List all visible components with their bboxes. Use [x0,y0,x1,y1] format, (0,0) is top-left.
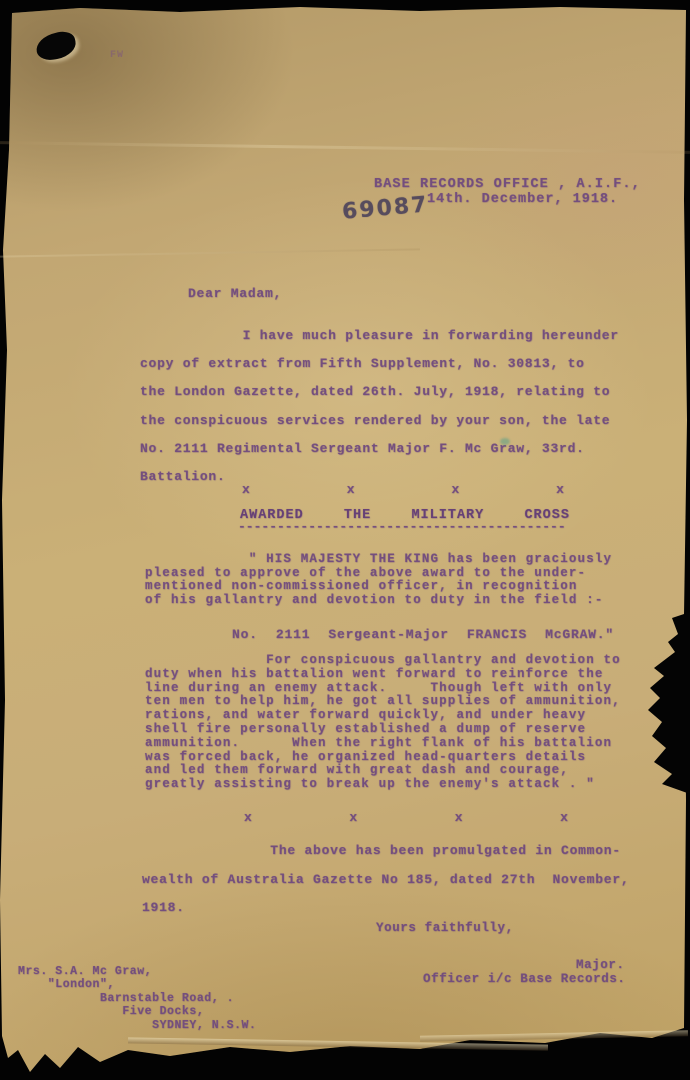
text-line: the conspicuous services rendered by you… [140,407,619,435]
text-line: copy of extract from Fifth Supplement, N… [140,350,619,378]
text-line: x [242,482,250,497]
text-line: the London Gazette, dated 26th. July, 19… [140,378,619,406]
text-line: Five Docks, [18,1005,256,1018]
text-line: SYDNEY, N.S.W. [18,1019,256,1032]
text-line: of his gallantry and devotion to duty in… [145,594,612,608]
signature-rank: Major. [576,958,625,972]
section-separator-bottom: xxxx [244,810,568,825]
text-line: I have much pleasure in forwarding hereu… [140,322,619,350]
text-line: " HIS MAJESTY THE KING has been gracious… [145,553,612,567]
text-line: greatly assisting to break up the enemy'… [145,778,621,792]
text-line: "London", [18,978,256,991]
letterhead-date: 14th. December, 1918. [427,192,618,207]
corner-annotation: FW [110,50,124,61]
text-line: rations, and water forward quickly, and … [145,709,621,723]
text-line: x [556,482,564,497]
award-recipient-line: No.2111Sergeant-MajorFRANCISMcGRAW." [232,627,614,642]
closing-salutation: Yours faithfully, [376,921,514,935]
section-separator-top: xxxx [242,482,564,497]
salutation: Dear Madam, [188,286,282,301]
text-line: wealth of Australia Gazette No 185, date… [142,866,629,895]
text-line: 1918. [142,894,629,923]
letterhead-office: BASE RECORDS OFFICE , A.I.F., [374,177,641,192]
citation-paragraph: For conspicuous gallantry and devotion t… [145,654,621,792]
scanned-letter: FW BASE RECORDS OFFICE , A.I.F., 14th. D… [0,0,690,1080]
royal-approval-paragraph: " HIS MAJESTY THE KING has been gracious… [145,553,612,607]
text-line: ammunition. When the right flank of his … [145,737,621,751]
text-line: shell fire personally established a dump… [145,723,621,737]
text-line: No. [232,627,258,642]
text-line: No. 2111 Regimental Sergeant Major F. Mc… [140,435,619,463]
promulgation-paragraph: The above has been promulgated in Common… [142,837,629,923]
text-line: 2111 [276,627,310,642]
text-line: x [455,810,463,825]
text-line: x [560,810,568,825]
text-line: x [451,482,459,497]
text-line: The above has been promulgated in Common… [142,837,629,866]
ink-smudge [500,438,510,445]
award-heading-underline: ----------------------------------------… [238,519,574,533]
text-line: For conspicuous gallantry and devotion t… [145,654,621,668]
text-line: McGRAW." [545,627,614,642]
text-line: Sergeant-Major [328,627,448,642]
text-line: FRANCIS [467,627,527,642]
text-line: x [349,810,357,825]
recipient-address: Mrs. S.A. Mc Graw, "London", Barnstable … [18,965,256,1032]
text-line: Mrs. S.A. Mc Graw, [18,965,256,978]
intro-paragraph: I have much pleasure in forwarding hereu… [140,322,619,491]
text-line: mentioned non-commissioned officer, in r… [145,580,612,594]
signature-title: Officer i/c Base Records. [423,972,626,986]
text-line: duty when his battalion went forward to … [145,668,621,682]
text-line: x [347,482,355,497]
text-line: Barnstable Road, . [18,992,256,1005]
text-line: x [244,810,252,825]
